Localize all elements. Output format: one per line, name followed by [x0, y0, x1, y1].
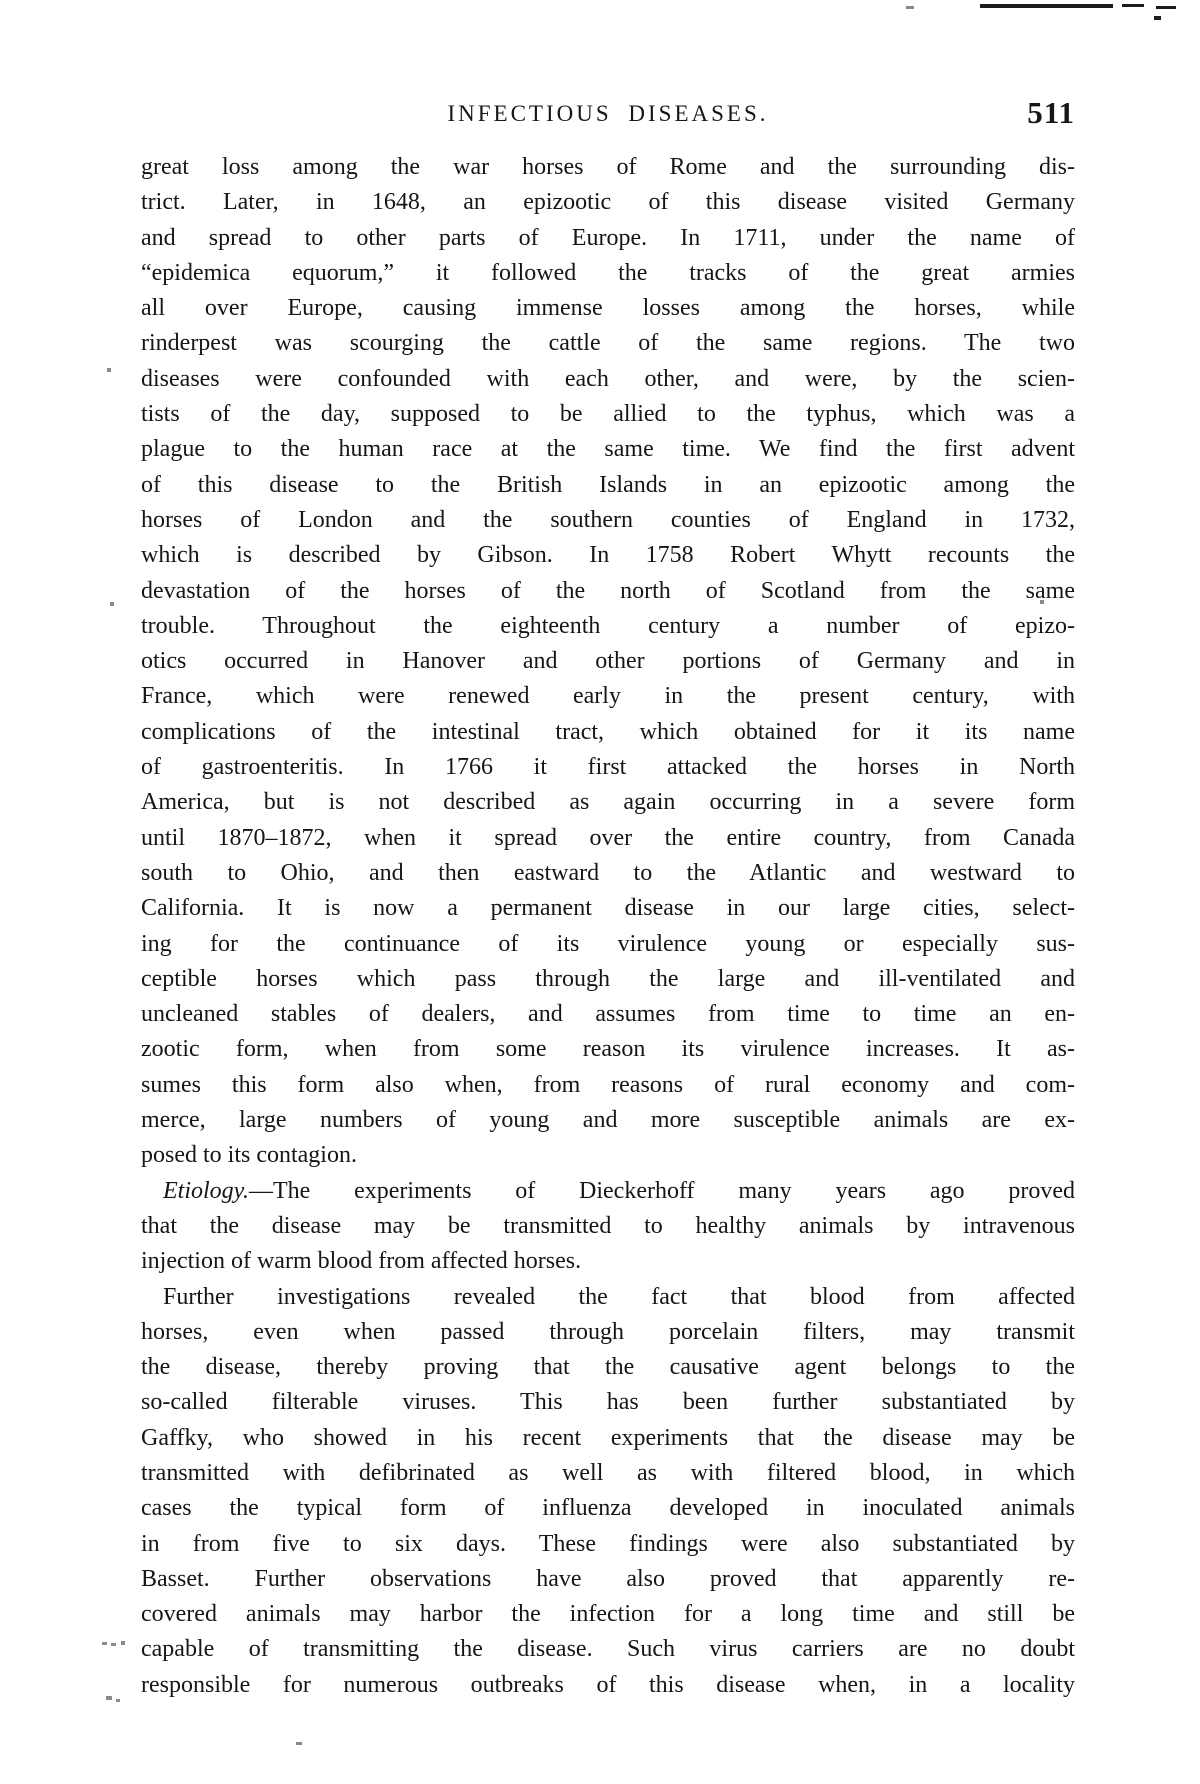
text-line: ing for the continuance of its virulence… [141, 927, 1075, 962]
text-line: complications of the intestinal tract, w… [141, 715, 1075, 750]
scan-speck [906, 6, 914, 9]
text-line: trouble. Throughout the eighteenth centu… [141, 609, 1075, 644]
text-line: uncleaned stables of dealers, and assume… [141, 997, 1075, 1032]
text-line: of gastroenteritis. In 1766 it first att… [141, 750, 1075, 785]
text-line: America, but is not described as again o… [141, 785, 1075, 820]
text-line: covered animals may harbor the infection… [141, 1597, 1075, 1632]
text-line: Basset. Further observations have also p… [141, 1562, 1075, 1597]
page-header: INFECTIOUS DISEASES. 511 [141, 101, 1075, 137]
text-line: great loss among the war horses of Rome … [141, 150, 1075, 185]
scan-speck [110, 602, 114, 606]
scan-speck [111, 1643, 116, 1646]
scan-speck [1122, 4, 1144, 7]
text-line: trict. Later, in 1648, an epizootic of t… [141, 185, 1075, 220]
text-line: horses, even when passed through porcela… [141, 1315, 1075, 1350]
text-line: tists of the day, supposed to be allied … [141, 397, 1075, 432]
text-line: France, which were renewed early in the … [141, 679, 1075, 714]
scan-speck [116, 1699, 120, 1702]
text-line: capable of transmitting the disease. Suc… [141, 1632, 1075, 1667]
text-line: posed to its contagion. [141, 1138, 1075, 1173]
text-segment: —The experiments of Dieckerhoff many yea… [249, 1178, 1075, 1204]
scan-speck [102, 1642, 107, 1645]
text-line: horses of London and the southern counti… [141, 503, 1075, 538]
text-line: so-called filterable viruses. This has b… [141, 1385, 1075, 1420]
page-number: 511 [1027, 95, 1075, 131]
text-line: in from five to six days. These findings… [141, 1527, 1075, 1562]
text-line: Etiology.—The experiments of Dieckerhoff… [141, 1174, 1075, 1209]
running-title: INFECTIOUS DISEASES. [141, 101, 1075, 127]
text-line: “epidemica equorum,” it followed the tra… [141, 256, 1075, 291]
text-line: plague to the human race at the same tim… [141, 432, 1075, 467]
text-line: sumes this form also when, from reasons … [141, 1068, 1075, 1103]
text-line: ceptible horses which pass through the l… [141, 962, 1075, 997]
text-line: transmitted with defibrinated as well as… [141, 1456, 1075, 1491]
text-line: California. It is now a permanent diseas… [141, 891, 1075, 926]
scan-speck [106, 1696, 112, 1700]
scan-speck [107, 368, 111, 372]
scan-speck [296, 1742, 302, 1745]
text-line: until 1870–1872, when it spread over the… [141, 821, 1075, 856]
scan-speck [980, 4, 1113, 8]
text-line: the disease, thereby proving that the ca… [141, 1350, 1075, 1385]
text-line: injection of warm blood from affected ho… [141, 1244, 1075, 1279]
scan-speck [1154, 16, 1161, 20]
scan-speck [121, 1641, 125, 1645]
italic-text: Etiology. [163, 1178, 249, 1204]
text-line: and spread to other parts of Europe. In … [141, 221, 1075, 256]
page-body: great loss among the war horses of Rome … [141, 150, 1075, 1703]
scan-speck [1156, 6, 1176, 9]
text-line: rinderpest was scourging the cattle of t… [141, 326, 1075, 361]
text-line: that the disease may be transmitted to h… [141, 1209, 1075, 1244]
text-line: cases the typical form of influenza deve… [141, 1491, 1075, 1526]
text-line: Gaffky, who showed in his recent experim… [141, 1421, 1075, 1456]
text-line: Further investigations revealed the fact… [141, 1280, 1075, 1315]
text-line: responsible for numerous outbreaks of th… [141, 1668, 1075, 1703]
text-line: otics occurred in Hanover and other port… [141, 644, 1075, 679]
text-line: of this disease to the British Islands i… [141, 468, 1075, 503]
text-line: all over Europe, causing immense losses … [141, 291, 1075, 326]
text-line: zootic form, when from some reason its v… [141, 1032, 1075, 1067]
book-page: INFECTIOUS DISEASES. 511 great loss amon… [0, 0, 1200, 1784]
text-line: which is described by Gibson. In 1758 Ro… [141, 538, 1075, 573]
text-line: diseases were confounded with each other… [141, 362, 1075, 397]
text-line: devastation of the horses of the north o… [141, 574, 1075, 609]
text-line: south to Ohio, and then eastward to the … [141, 856, 1075, 891]
text-line: merce, large numbers of young and more s… [141, 1103, 1075, 1138]
